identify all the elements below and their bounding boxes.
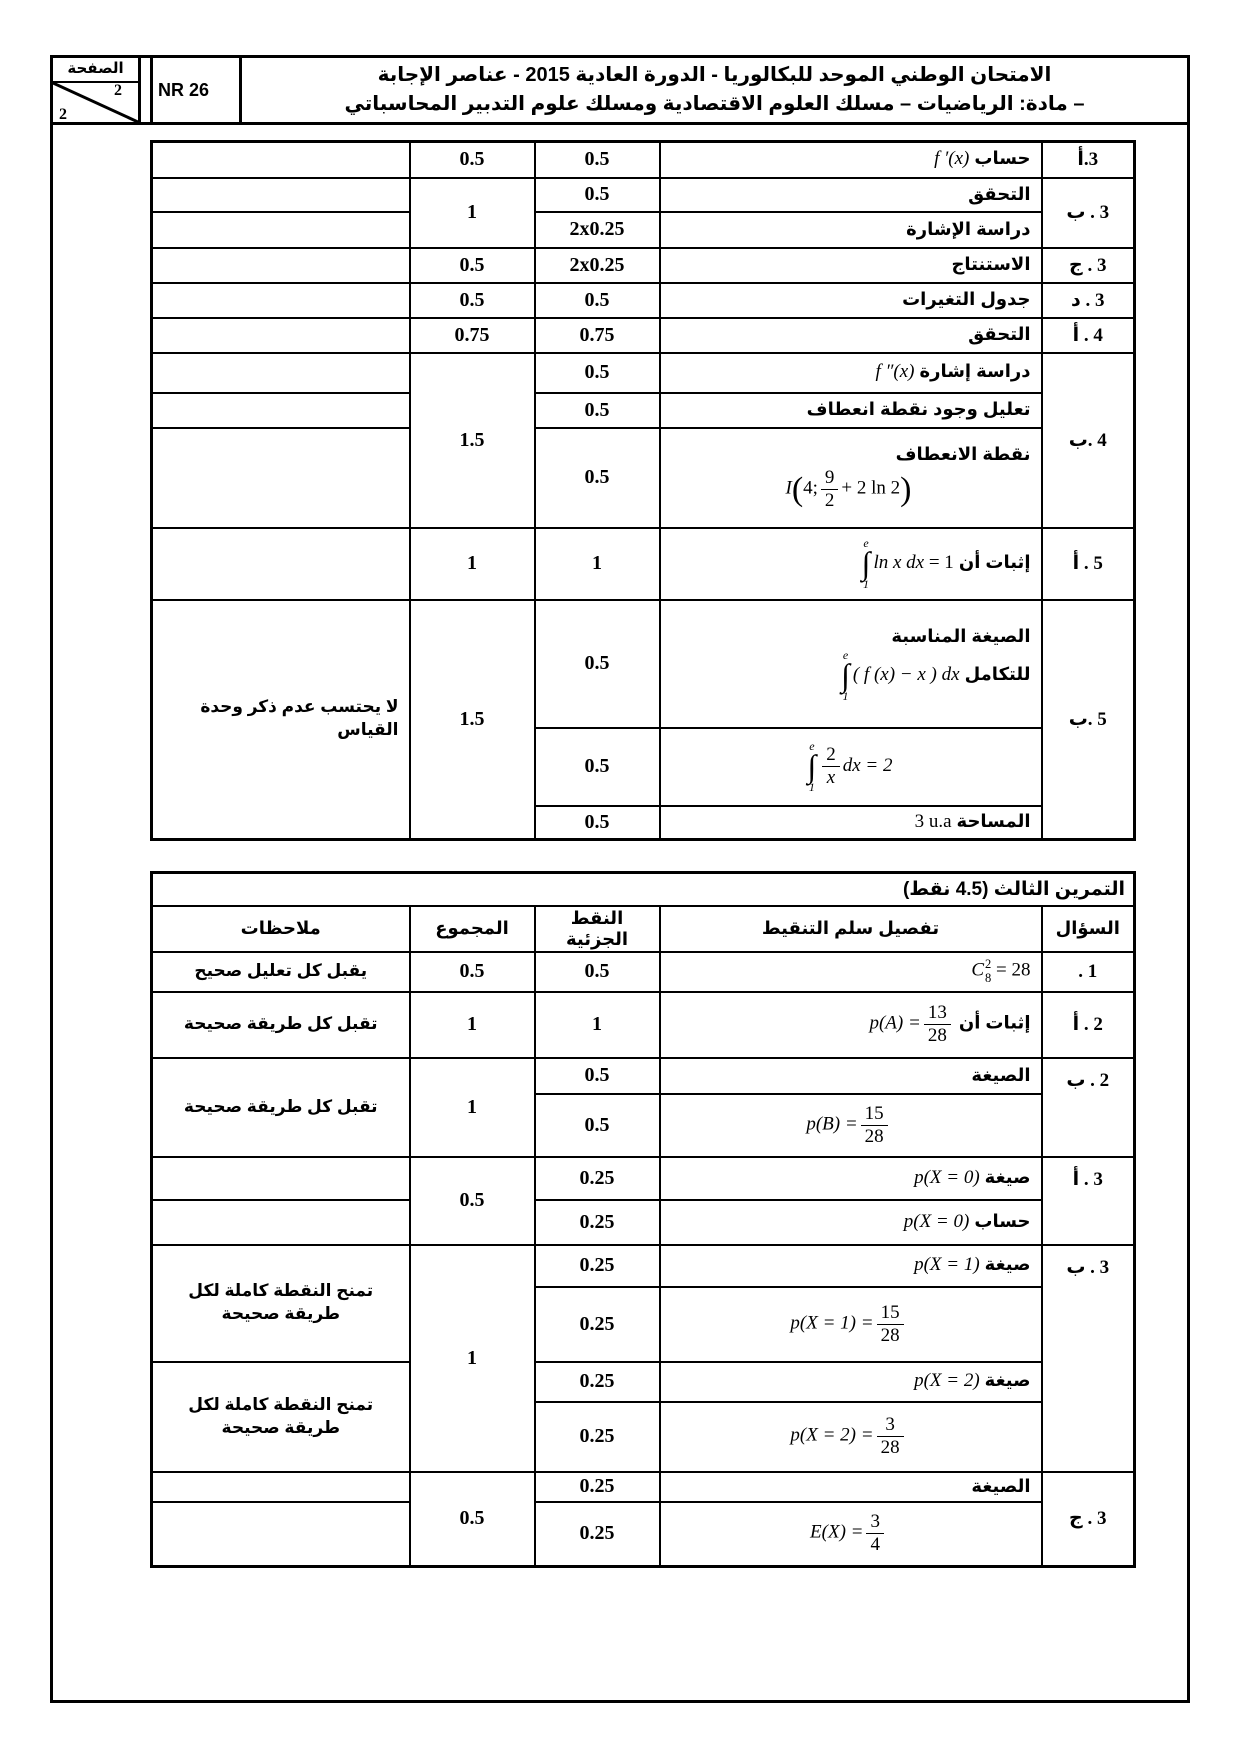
formula-pB: p(B) =1528 [667,1103,1031,1148]
t1-r5-desc: جدول التغيرات [660,283,1042,318]
fraction: 1528 [877,1302,904,1347]
t2-r1-remark: يقبل كل تعليل صحيح [152,952,410,992]
formula-f-prime: f ′(x) [934,147,969,172]
t1-r1-desc: حساب f ′(x) [660,142,1042,178]
t2-r1-desc: C28 = 28 [660,952,1042,992]
t1-r2-total: 1 [410,178,535,248]
formula-combination: C28 = 28 [971,958,1030,984]
fraction: 92 [821,467,839,512]
fraction: 1328 [924,1002,951,1047]
t2-r11-total: 0.5 [410,1472,535,1567]
t1-r6-remark [152,318,410,353]
exercise3-title: التمرين الثالث (4.5 نقط) [152,873,1135,906]
col-header-total: المجموع [410,906,535,952]
marking-table-exercise2: 3.أ حساب f ′(x) 0.5 0.5 3 . ب التحقق 0.5… [150,140,1136,841]
t2-r9-partial: 0.25 [535,1362,660,1402]
t2-r4-partial: 0.5 [535,1094,660,1157]
formula-pX2-value: p(X = 2) =328 [667,1414,1031,1459]
big-paren-open: ( [792,471,803,508]
t2-r2-desc: إثبات أن p(A) =1328 [660,992,1042,1058]
t2-r2-partial: 1 [535,992,660,1058]
t2-r12-partial: 0.25 [535,1502,660,1567]
t1-r2-partial: 0.5 [535,178,660,212]
t2-r7-remark: تمنح النقطة كاملة لكل طريقة صحيحة [152,1245,410,1362]
t2-r9-desc: صيغة p(X = 2) [660,1362,1042,1402]
formula-integral-lnx: e∫1ln x dx = 1 [859,537,954,590]
t1-r7-question: 4 .ب [1042,353,1135,528]
formula-pX1: p(X = 1) [914,1253,980,1278]
exam-title-line1: الامتحان الوطني الموحد للبكالوريا - الدو… [242,61,1187,90]
table-row: 3 . د جدول التغيرات 0.5 0.5 [152,283,1135,318]
t1-r5-question: 3 . د [1042,283,1135,318]
t2-r3-total: 1 [410,1058,535,1157]
t2-r7-total: 1 [410,1245,535,1472]
t2-r3-desc: الصيغة [660,1058,1042,1094]
t2-r5-total: 0.5 [410,1157,535,1245]
table-row: 3 . ج الاستنتاج 2x0.25 0.5 [152,248,1135,283]
t1-r10-desc: إثبات أن e∫1ln x dx = 1 [660,528,1042,600]
t2-r6-remark [152,1200,410,1245]
inflection-label: نقطة الانعطاف [667,443,1031,466]
table-row: 5 . أ إثبات أن e∫1ln x dx = 1 1 1 [152,528,1135,600]
t1-r1-partial: 0.5 [535,142,660,178]
table-row: 3 . ج الصيغة 0.25 0.5 [152,1472,1135,1502]
t1-r10-question: 5 . أ [1042,528,1135,600]
formula-f-second: f ″(x) [875,360,914,385]
t1-r8-remark [152,393,410,428]
t2-r10-desc: p(X = 2) =328 [660,1402,1042,1472]
t1-r3-partial: 2x0.25 [535,212,660,248]
t2-r4-desc: p(B) =1528 [660,1094,1042,1157]
t1-r6-question: 4 . أ [1042,318,1135,353]
page-label: الصفحة [53,58,138,83]
col-header-detail: تفصيل سلم التنقيط [660,906,1042,952]
sup-sub-stack: 28 [985,958,991,984]
t2-r12-remark [152,1502,410,1567]
t1-r11-question: 5 .ب [1042,600,1135,840]
t1-r8-partial: 0.5 [535,393,660,428]
t1-r4-question: 3 . ج [1042,248,1135,283]
page-total: 2 [59,106,67,124]
t2-r10-partial: 0.25 [535,1402,660,1472]
page-fraction: 2 2 [53,83,138,122]
page-frame: الصفحة 2 2 NR 26 الامتحان الوطني الموحد … [50,55,1190,1703]
table-row: 2 . أ إثبات أن p(A) =1328 1 1 تقبل كل طر… [152,992,1135,1058]
t2-r11-remark [152,1472,410,1502]
t1-r12-desc: e∫12xdx = 2 [660,728,1042,806]
t1-r9-desc: نقطة الانعطاف I(4;92+ 2 ln 2) [660,428,1042,528]
fraction: 34 [866,1511,884,1556]
table-row: 4 .ب دراسة إشارة f ″(x) 0.5 1.5 [152,353,1135,393]
fraction: 2x [822,744,840,789]
t1-r9-partial: 0.5 [535,428,660,528]
t1-r2-desc: التحقق [660,178,1042,212]
t1-r7-desc: دراسة إشارة f ″(x) [660,353,1042,393]
t1-r6-partial: 0.75 [535,318,660,353]
area-value: 3 u.a [915,810,952,835]
table-row: 2 . ب الصيغة 0.5 1 تقبل كل طريقة صحيحة [152,1058,1135,1094]
t2-r12-desc: E(X) =34 [660,1502,1042,1567]
col-header-question: السؤال [1042,906,1135,952]
table-row: نقطة الانعطاف I(4;92+ 2 ln 2) 0.5 [152,428,1135,528]
t1-r7-total: 1.5 [410,353,535,528]
formula-pX2: p(X = 2) [914,1369,980,1394]
col-header-remarks: ملاحظات [152,906,410,952]
page-number-box: الصفحة 2 2 [53,58,141,122]
col-header-partial: النقط الجزئية [535,906,660,952]
t2-r1-total: 0.5 [410,952,535,992]
formula-integral-2overx: e∫12xdx = 2 [667,740,1031,793]
table-row: التمرين الثالث (4.5 نقط) [152,873,1135,906]
formula-expectation: E(X) =34 [667,1511,1031,1556]
t2-r6-partial: 0.25 [535,1200,660,1245]
t1-r11-partial: 0.5 [535,600,660,728]
exam-title: الامتحان الوطني الموحد للبكالوريا - الدو… [242,58,1187,122]
t2-r3-question: 2 . ب [1042,1058,1135,1157]
t2-r5-partial: 0.25 [535,1157,660,1200]
table-row: حساب p(X = 0) 0.25 [152,1200,1135,1245]
t1-r11-total: 1.5 [410,600,535,840]
integral-sign: e∫1 [807,740,816,793]
table-row: تعليل وجود نقطة انعطاف 0.5 [152,393,1135,428]
t2-r5-remark [152,1157,410,1200]
header-gap [141,58,150,122]
t1-r2-remark [152,178,410,212]
table-row: دراسة الإشارة 2x0.25 [152,212,1135,248]
table-header-row: السؤال تفصيل سلم التنقيط النقط الجزئية ا… [152,906,1135,952]
t1-r12-partial: 0.5 [535,728,660,806]
t1-r10-total: 1 [410,528,535,600]
t1-r4-remark [152,248,410,283]
t1-r13-desc: المساحة 3 u.a [660,806,1042,840]
exam-header: الصفحة 2 2 NR 26 الامتحان الوطني الموحد … [53,58,1187,125]
formula-pX0-calc: p(X = 0) [904,1210,970,1235]
table-row: E(X) =34 0.25 [152,1502,1135,1567]
fraction: 1528 [861,1103,888,1148]
t2-r5-desc: صيغة p(X = 0) [660,1157,1042,1200]
table-row: 3 . ب صيغة p(X = 1) 0.25 1 تمنح النقطة ك… [152,1245,1135,1287]
t2-r8-desc: p(X = 1) =1528 [660,1287,1042,1362]
t1-r8-desc: تعليل وجود نقطة انعطاف [660,393,1042,428]
t1-r3-remark [152,212,410,248]
table-row: 4 . أ التحقق 0.75 0.75 [152,318,1135,353]
table-row: صيغة p(X = 2) 0.25 تمنح النقطة كاملة لكل… [152,1362,1135,1402]
table-row: 3 . ب التحقق 0.5 1 [152,178,1135,212]
fraction: 328 [877,1414,904,1459]
t2-r8-partial: 0.25 [535,1287,660,1362]
formula-pX1-value: p(X = 1) =1528 [667,1302,1031,1347]
formula-pA: p(A) =1328 [869,1002,953,1047]
t1-r11-desc: الصيغة المناسبة للتكامل e∫1( f (x) − x )… [660,600,1042,728]
t2-r2-question: 2 . أ [1042,992,1135,1058]
t2-r9-remark: تمنح النقطة كاملة لكل طريقة صحيحة [152,1362,410,1472]
t1-r2-question: 3 . ب [1042,178,1135,248]
page-current: 2 [114,82,122,100]
big-paren-close: ) [900,471,911,508]
t1-r13-partial: 0.5 [535,806,660,840]
t1-r7-partial: 0.5 [535,353,660,393]
t1-r4-total: 0.5 [410,248,535,283]
integral-sign: e∫1 [841,649,850,702]
t1-r1-total: 0.5 [410,142,535,178]
t2-r11-question: 3 . ج [1042,1472,1135,1567]
table-row: 3 . أ صيغة p(X = 0) 0.25 0.5 [152,1157,1135,1200]
t2-r1-partial: 0.5 [535,952,660,992]
t1-r5-total: 0.5 [410,283,535,318]
t2-r1-question: 1 . [1042,952,1135,992]
exam-answer-key-page: { "glyphs": {"integral": "∫"}, "header":… [0,0,1240,1754]
t1-r10-partial: 1 [535,528,660,600]
t1-r6-total: 0.75 [410,318,535,353]
marking-table-exercise3: التمرين الثالث (4.5 نقط) السؤال تفصيل سل… [150,871,1136,1568]
t2-r11-desc: الصيغة [660,1472,1042,1502]
t2-r2-remark: تقبل كل طريقة صحيحة [152,992,410,1058]
formula-pX0: p(X = 0) [914,1166,980,1191]
t1-r9-remark [152,428,410,528]
t1-r4-desc: الاستنتاج [660,248,1042,283]
t2-r6-desc: حساب p(X = 0) [660,1200,1042,1245]
t1-r3-desc: دراسة الإشارة [660,212,1042,248]
table-row: 1 . C28 = 28 0.5 0.5 يقبل كل تعليل صحيح [152,952,1135,992]
t2-r2-total: 1 [410,992,535,1058]
formula-inflection-point: I(4;92+ 2 ln 2) [667,467,1031,512]
table-row: 3.أ حساب f ′(x) 0.5 0.5 [152,142,1135,178]
t1-r11-remark: لا يحتسب عدم ذكر وحدة القياس [152,600,410,840]
t1-r10-remark [152,528,410,600]
t1-r6-desc: التحقق [660,318,1042,353]
table-row: 5 .ب الصيغة المناسبة للتكامل e∫1( f (x) … [152,600,1135,728]
t2-r3-partial: 0.5 [535,1058,660,1094]
t2-r5-question: 3 . أ [1042,1157,1135,1245]
t1-r4-partial: 2x0.25 [535,248,660,283]
t1-r1-question: 3.أ [1042,142,1135,178]
formula-integral-area: للتكامل e∫1( f (x) − x ) dx [667,649,1031,702]
exam-title-line2: – مادة: الرياضيات – مسلك العلوم الاقتصاد… [242,90,1187,119]
t2-r7-partial: 0.25 [535,1245,660,1287]
t2-r7-desc: صيغة p(X = 1) [660,1245,1042,1287]
exam-reference: NR 26 [150,58,242,122]
t1-r1-remark [152,142,410,178]
integral-sign: e∫1 [862,537,871,590]
t2-r11-partial: 0.25 [535,1472,660,1502]
t1-r5-partial: 0.5 [535,283,660,318]
t1-r5-remark [152,283,410,318]
t2-r3-remark: تقبل كل طريقة صحيحة [152,1058,410,1157]
t1-r7-remark [152,353,410,393]
t2-r7-question: 3 . ب [1042,1245,1135,1472]
